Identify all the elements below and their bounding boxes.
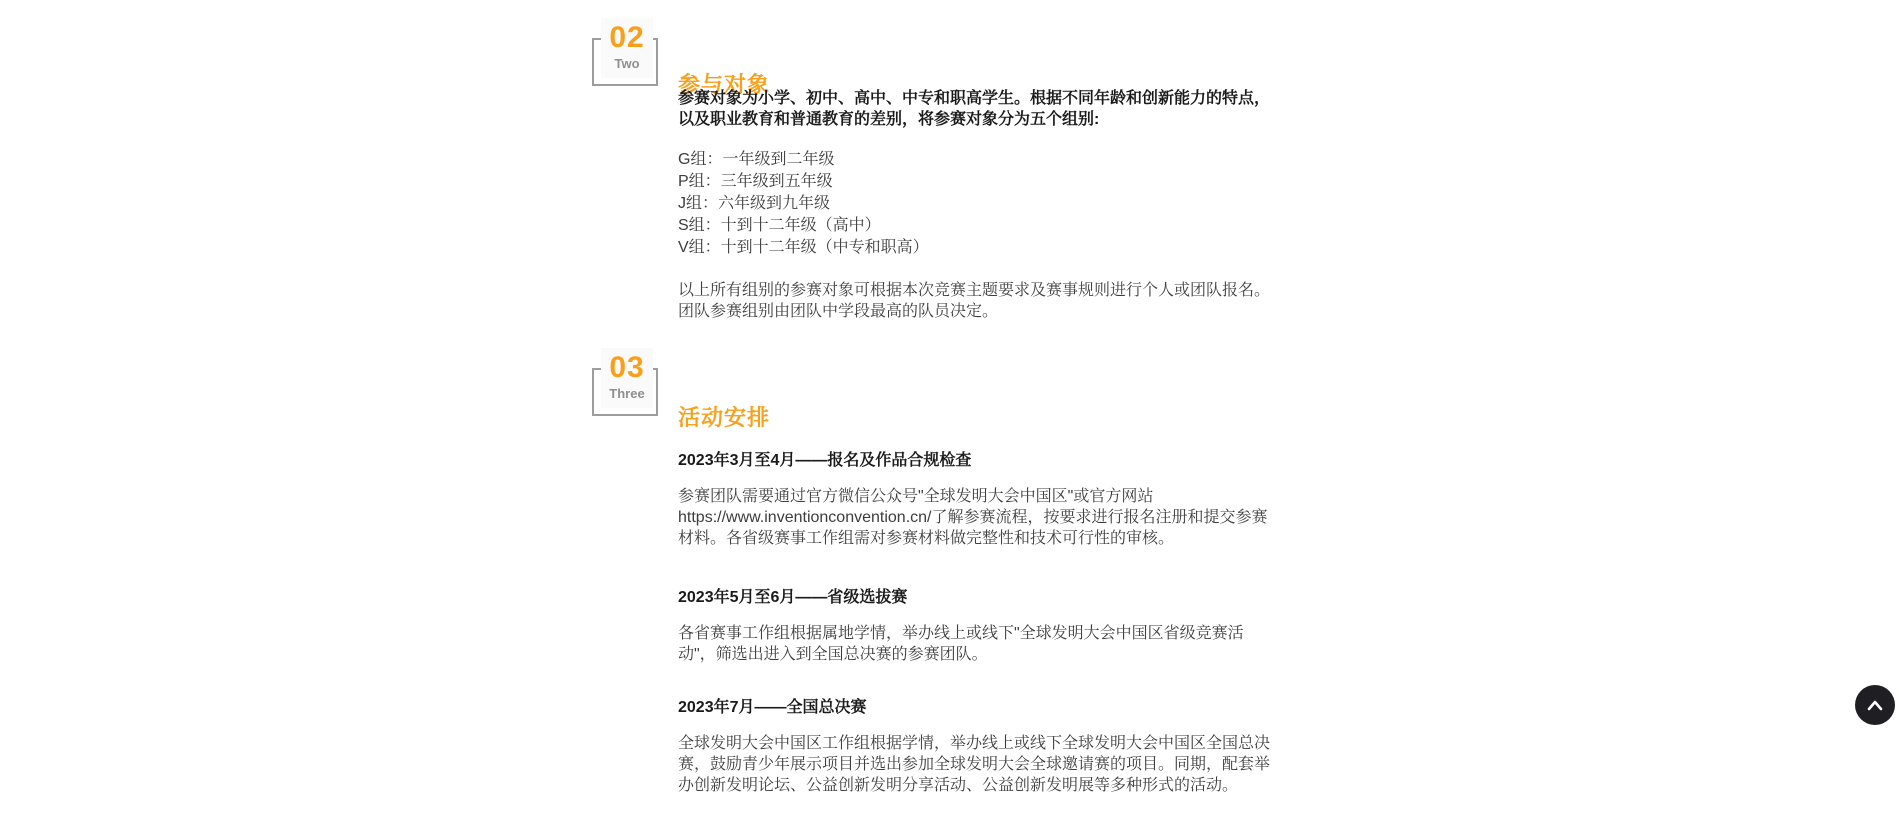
section-number-word: Three <box>609 386 644 401</box>
event-3-heading: 2023年7月——全国总决赛 <box>678 694 867 717</box>
participants-intro: 参赛对象为小学、初中、高中、中专和职高学生。根据不同年龄和创新能力的特点，以及职… <box>678 88 1276 130</box>
section-number-word: Two <box>614 56 639 71</box>
section-02-badge: 02 Two <box>592 18 664 96</box>
section-03-badge: 03 Three <box>592 348 664 426</box>
group-item-v: V组：十到十二年级（中专和职高） <box>678 237 1276 259</box>
event-3-body: 全球发明大会中国区工作组根据学情，举办线上或线下全球发明大会中国区全国总决赛，鼓… <box>678 733 1276 796</box>
event-1-body: 参赛团队需要通过官方微信公众号"全球发明大会中国区"或官方网站 https://… <box>678 486 1276 549</box>
scroll-to-top-button[interactable] <box>1855 685 1895 725</box>
event-2-heading: 2023年5月至6月——省级选拔赛 <box>678 584 907 607</box>
section-03-title: 活动安排 <box>678 401 770 432</box>
group-item-j: J组：六年级到九年级 <box>678 193 1276 215</box>
section-number: 02 <box>609 21 644 54</box>
page: 02 Two 参与对象 参赛对象为小学、初中、高中、中专和职高学生。根据不同年龄… <box>0 0 1899 821</box>
group-item-s: S组：十到十二年级（高中） <box>678 215 1276 237</box>
participants-note: 以上所有组别的参赛对象可根据本次竞赛主题要求及赛事规则进行个人或团队报名。团队参… <box>678 280 1276 322</box>
badge-inner: 02 Two <box>601 18 653 78</box>
group-list: G组：一年级到二年级 P组：三年级到五年级 J组：六年级到九年级 S组：十到十二… <box>678 149 1276 259</box>
badge-inner: 03 Three <box>601 348 653 408</box>
group-item-p: P组：三年级到五年级 <box>678 171 1276 193</box>
section-number: 03 <box>609 351 644 384</box>
event-2-body: 各省赛事工作组根据属地学情，举办线上或线下"全球发明大会中国区省级竞赛活动"，筛… <box>678 623 1276 665</box>
group-item-g: G组：一年级到二年级 <box>678 149 1276 171</box>
event-1-heading: 2023年3月至4月——报名及作品合规检查 <box>678 447 971 470</box>
chevron-up-icon <box>1865 698 1885 712</box>
